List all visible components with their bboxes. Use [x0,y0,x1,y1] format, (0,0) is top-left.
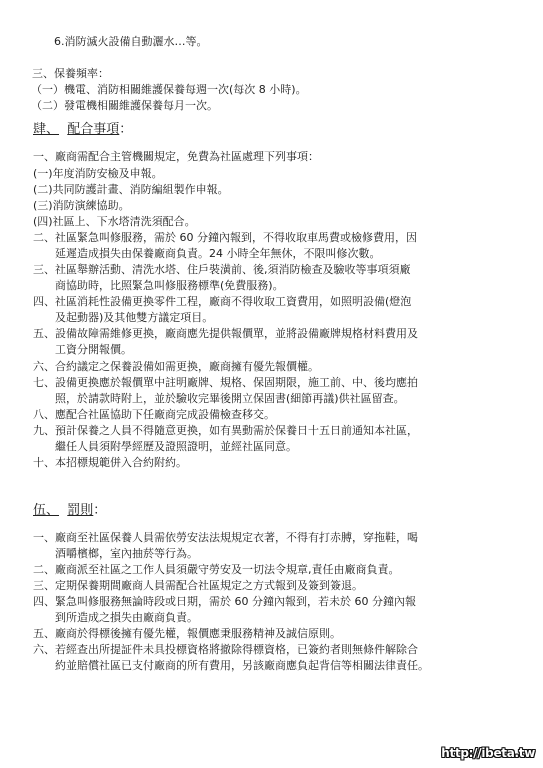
part5-line: 五、廠商於得標後擁有優先權，報價應秉服務精神及誠信原則。 [33,627,341,641]
part5-line-cont: 酒嚼檳榔，室內抽菸等行為。 [55,547,198,561]
frequency-item-1: （一）機電、消防相關維護保養每週一次(每次 8 小時)。 [31,83,307,97]
part4-heading-title: 配合事項 [67,122,119,137]
part4-line-cont: 商協助時，比照緊急叫修服務標準(免費服務)。 [55,279,284,293]
part4-line: 三、社區舉辦活動、清洗水塔、住戶裝潢前、後,須消防檢查及驗收等事項須廠 [33,263,411,277]
part4-line: (四)社區上、下水塔清洗須配合。 [33,215,196,229]
part4-line: 八、應配合社區協助下任廠商完成設備檢查移交。 [33,408,275,422]
part4-heading-num: 肆、 [33,122,59,137]
part4-line-cont: 照，於請款時附上，並於驗收完畢後開立保固書(細節再議)供社區留查。 [55,392,405,406]
part5-heading-num: 伍、 [33,503,59,518]
part4-line: 十、本招標規範併入合約附約。 [33,456,187,470]
part5-line: 二、廠商派至社區之工作人員須嚴守勞安及一切法令規章,責任由廠商負責。 [33,563,400,577]
frequency-item-2: （二）發電機相關維護保養每月一次。 [31,99,218,113]
maintenance-frequency-title: 三、保養頻率： [32,67,109,81]
part4-line: 六、合約議定之保養設備如需更換，廠商擁有優先報價權。 [33,360,319,374]
part5-heading-title: 罰則 [67,503,93,518]
part5-heading-colon: ： [93,503,106,518]
part4-line-cont: 工資分開報價。 [55,343,132,357]
part4-line-cont: 繼任人員須附學經歷及證照證明，並經社區同意。 [55,440,297,454]
part4-line: 五、設備故障需維修更換，廠商應先提供報價單，並將設備廠牌規格材料費用及 [33,327,418,341]
part4-heading-colon: ： [119,122,132,137]
part4-line-cont: 延遲造成損失由保養廠商負責。24 小時全年無休，不限叫修次數。 [55,247,381,261]
part4-line: (三)消防演練協助。 [33,199,130,213]
part4-line: 七、設備更換應於報價單中註明廠牌、規格、保固期限，施工前、中、後均應拍 [33,376,418,390]
part4-line: (二)共同防護計畫、消防編組製作申報。 [33,183,229,197]
part5-line: 三、定期保養期間廠商人員需配合社區規定之方式報到及簽到簽退。 [33,579,363,593]
part5-line: 一、廠商至社區保養人員需依勞安法法規規定衣著，不得有打赤膊，穿拖鞋，喝 [33,531,418,545]
section2-item6: 6.消防滅火設備自動灑水…等。 [54,35,208,49]
part4-line: 一、廠商需配合主管機關規定，免費為社區處理下列事項： [33,150,319,164]
part5-line: 四、緊急叫修服務無論時段或日期，需於 60 分鐘內報到，若未於 60 分鐘內報 [33,595,416,609]
part5-heading: 伍、 罰則： [33,503,106,519]
part4-heading: 肆、 配合事項： [33,122,132,138]
part5-line: 六、若經查出所提証件未具投標資格將撤除得標資格，已簽約者則無條件解除合 [33,643,418,657]
part4-line: (一)年度消防安檢及申報。 [33,167,163,181]
watermark-url: http://ibeta.tw [441,746,535,760]
part4-line: 二、社區緊急叫修服務，需於 60 分鐘內報到，不得收取車馬費或檢修費用，因 [33,231,417,245]
part5-line-cont: 到所造成之損失由廠商負責。 [55,611,198,625]
part4-line: 九、預計保養之人員不得隨意更換，如有異動需於保養日十五日前通知本社區， [33,424,418,438]
part4-line-cont: 及起動器)及其他雙方議定項目。 [55,311,213,325]
part5-line-cont: 約並賠償社區已支付廠商的所有費用，另該廠商應負起背信等相關法律責任。 [55,659,429,673]
part4-line: 四、社區消耗性設備更換零件工程，廠商不得收取工資費用，如照明設備(燈泡 [33,295,411,309]
